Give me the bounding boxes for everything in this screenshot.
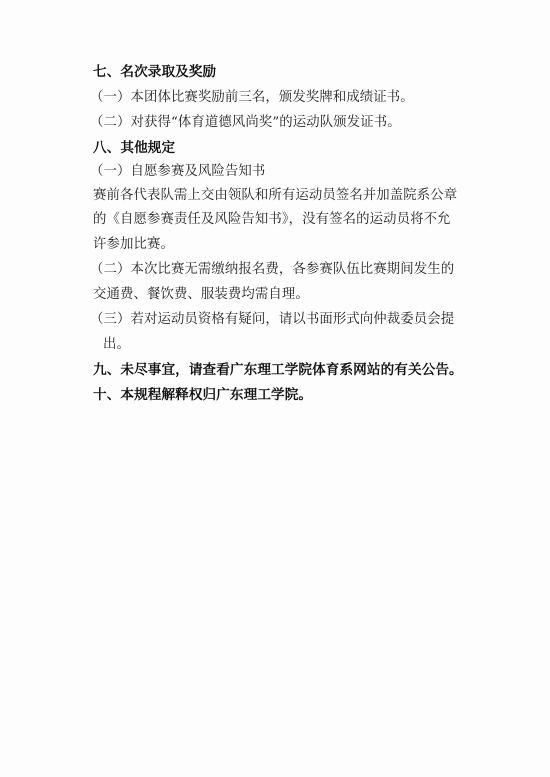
section-8-item-1-body-line-2: 的《自愿参赛责任及风险告知书》，没有签名的运动员将不允 [93, 212, 451, 228]
section-7-item-2: （二）对获得“体育道德风尚奖”的运动队颁发证书。 [90, 115, 401, 131]
section-heading-9: 九、未尽事宜，请查看广东理工学院体育系网站的有关公告。 [93, 362, 463, 378]
section-8-item-1-title: （一）自愿参赛及风险告知书 [90, 164, 265, 180]
section-8-item-3-line-2: 出。 [103, 337, 130, 353]
section-heading-10: 十、本规程解释权归广东理工学院。 [93, 387, 312, 403]
section-8-item-1-body-line-3: 许参加比赛。 [93, 237, 174, 253]
section-8-item-1-body-line-1: 赛前各代表队需上交由领队和所有运动员签名并加盖院系公章 [93, 188, 457, 204]
section-8-item-3-line-1: （三）若对运动员资格有疑问，请以书面形式向仲裁委员会提 [90, 312, 454, 328]
section-8-item-2-line-1: （二）本次比赛无需缴纳报名费，各参赛队伍比赛期间发生的 [90, 262, 454, 278]
section-7-item-1: （一）本团体比赛奖励前三名，颁发奖牌和成绩证书。 [90, 90, 414, 106]
section-8-item-2-line-2: 交通费、餐饮费、服装费均需自理。 [93, 287, 309, 303]
section-heading-7: 七、名次录取及奖励 [93, 64, 216, 80]
section-heading-8: 八、其他规定 [93, 140, 175, 156]
document-page: 七、名次录取及奖励 （一）本团体比赛奖励前三名，颁发奖牌和成绩证书。 （二）对获… [0, 0, 550, 777]
